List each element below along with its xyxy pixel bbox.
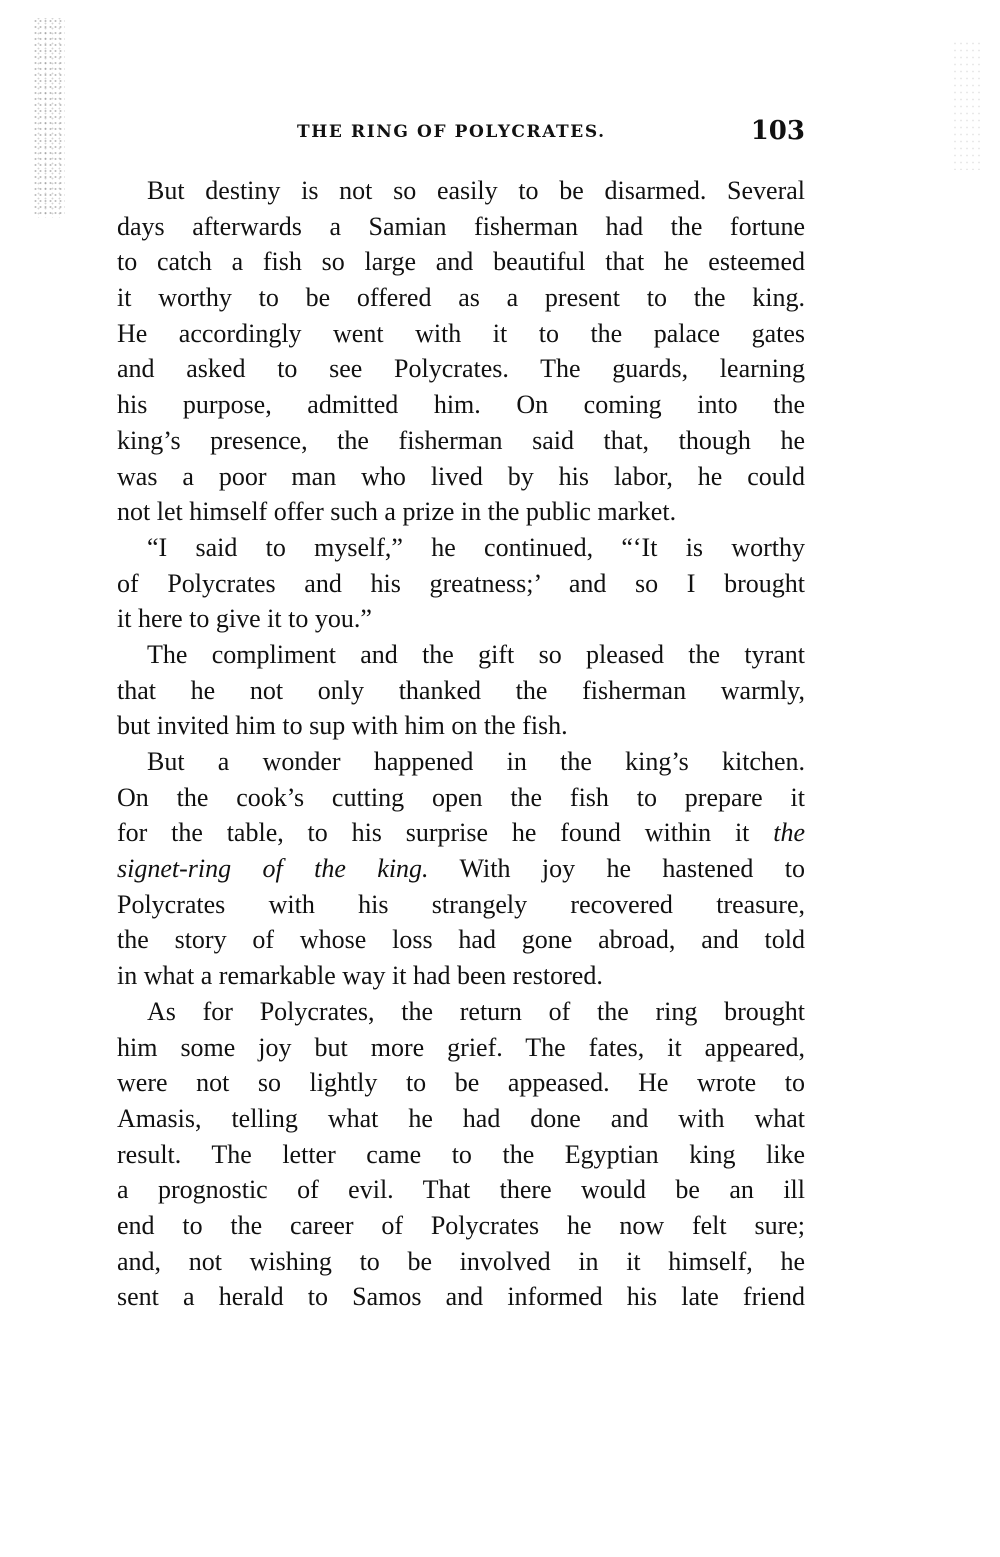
text-line: He accordingly went with it to the palac… [117,316,805,352]
text-line: him some joy but more grief. The fates, … [117,1030,805,1066]
text-line: Amasis, telling what he had done and wit… [117,1101,805,1137]
running-head: THE RING OF POLYCRATES. 103 [117,116,807,156]
text-line: sent a herald to Samos and informed his … [117,1279,805,1315]
text-line: the story of whose loss had gone abroad,… [117,922,805,958]
text-line: But destiny is not so easily to be disar… [117,173,805,209]
text-line: not let himself offer such a prize in th… [117,494,805,530]
text-line: signet-ring of the king. With joy he has… [117,851,805,887]
text-line: “I said to myself,” he continued, “‘It i… [117,530,805,566]
text-line: a prognostic of evil. That there would b… [117,1172,805,1208]
scan-edge-speckle-left [33,18,65,218]
text-line: end to the career of Polycrates he now f… [117,1208,805,1244]
text-line-segment: With joy he hastened to [429,854,805,883]
text-line: that he not only thanked the fisherman w… [117,673,805,709]
text-line: On the cook’s cutting open the fish to p… [117,780,805,816]
text-line-segment: for the table, to his surprise he found … [117,818,773,847]
text-line: but invited him to sup with him on the f… [117,708,805,744]
text-line: Polycrates with his strangely recovered … [117,887,805,923]
body-text: But destiny is not so easily to be disar… [117,173,805,1315]
text-line: But a wonder happened in the king’s kitc… [117,744,805,780]
italic-phrase: the [773,818,805,847]
text-line: his purpose, admitted him. On coming int… [117,387,805,423]
page-number: 103 [751,116,805,146]
text-line: to catch a fish so large and beautiful t… [117,244,805,280]
text-line: and asked to see Polycrates. The guards,… [117,351,805,387]
text-line: for the table, to his surprise he found … [117,815,805,851]
text-line: The compliment and the gift so pleased t… [117,637,805,673]
text-line: king’s presence, the fisherman said that… [117,423,805,459]
italic-phrase: signet-ring of the king. [117,854,429,883]
text-line: it worthy to be offered as a present to … [117,280,805,316]
text-line: and, not wishing to be involved in it hi… [117,1244,805,1280]
text-line: of Polycrates and his greatness;’ and so… [117,566,805,602]
text-line: result. The letter came to the Egyptian … [117,1137,805,1173]
text-line: it here to give it to you.” [117,601,805,637]
text-line: in what a remarkable way it had been res… [117,958,805,994]
text-line: As for Polycrates, the return of the rin… [117,994,805,1030]
text-line: days afterwards a Samian fisherman had t… [117,209,805,245]
text-line: were not so lightly to be appeased. He w… [117,1065,805,1101]
text-line: was a poor man who lived by his labor, h… [117,459,805,495]
running-head-title: THE RING OF POLYCRATES. [297,122,606,142]
scan-edge-speckle-right [952,40,982,170]
